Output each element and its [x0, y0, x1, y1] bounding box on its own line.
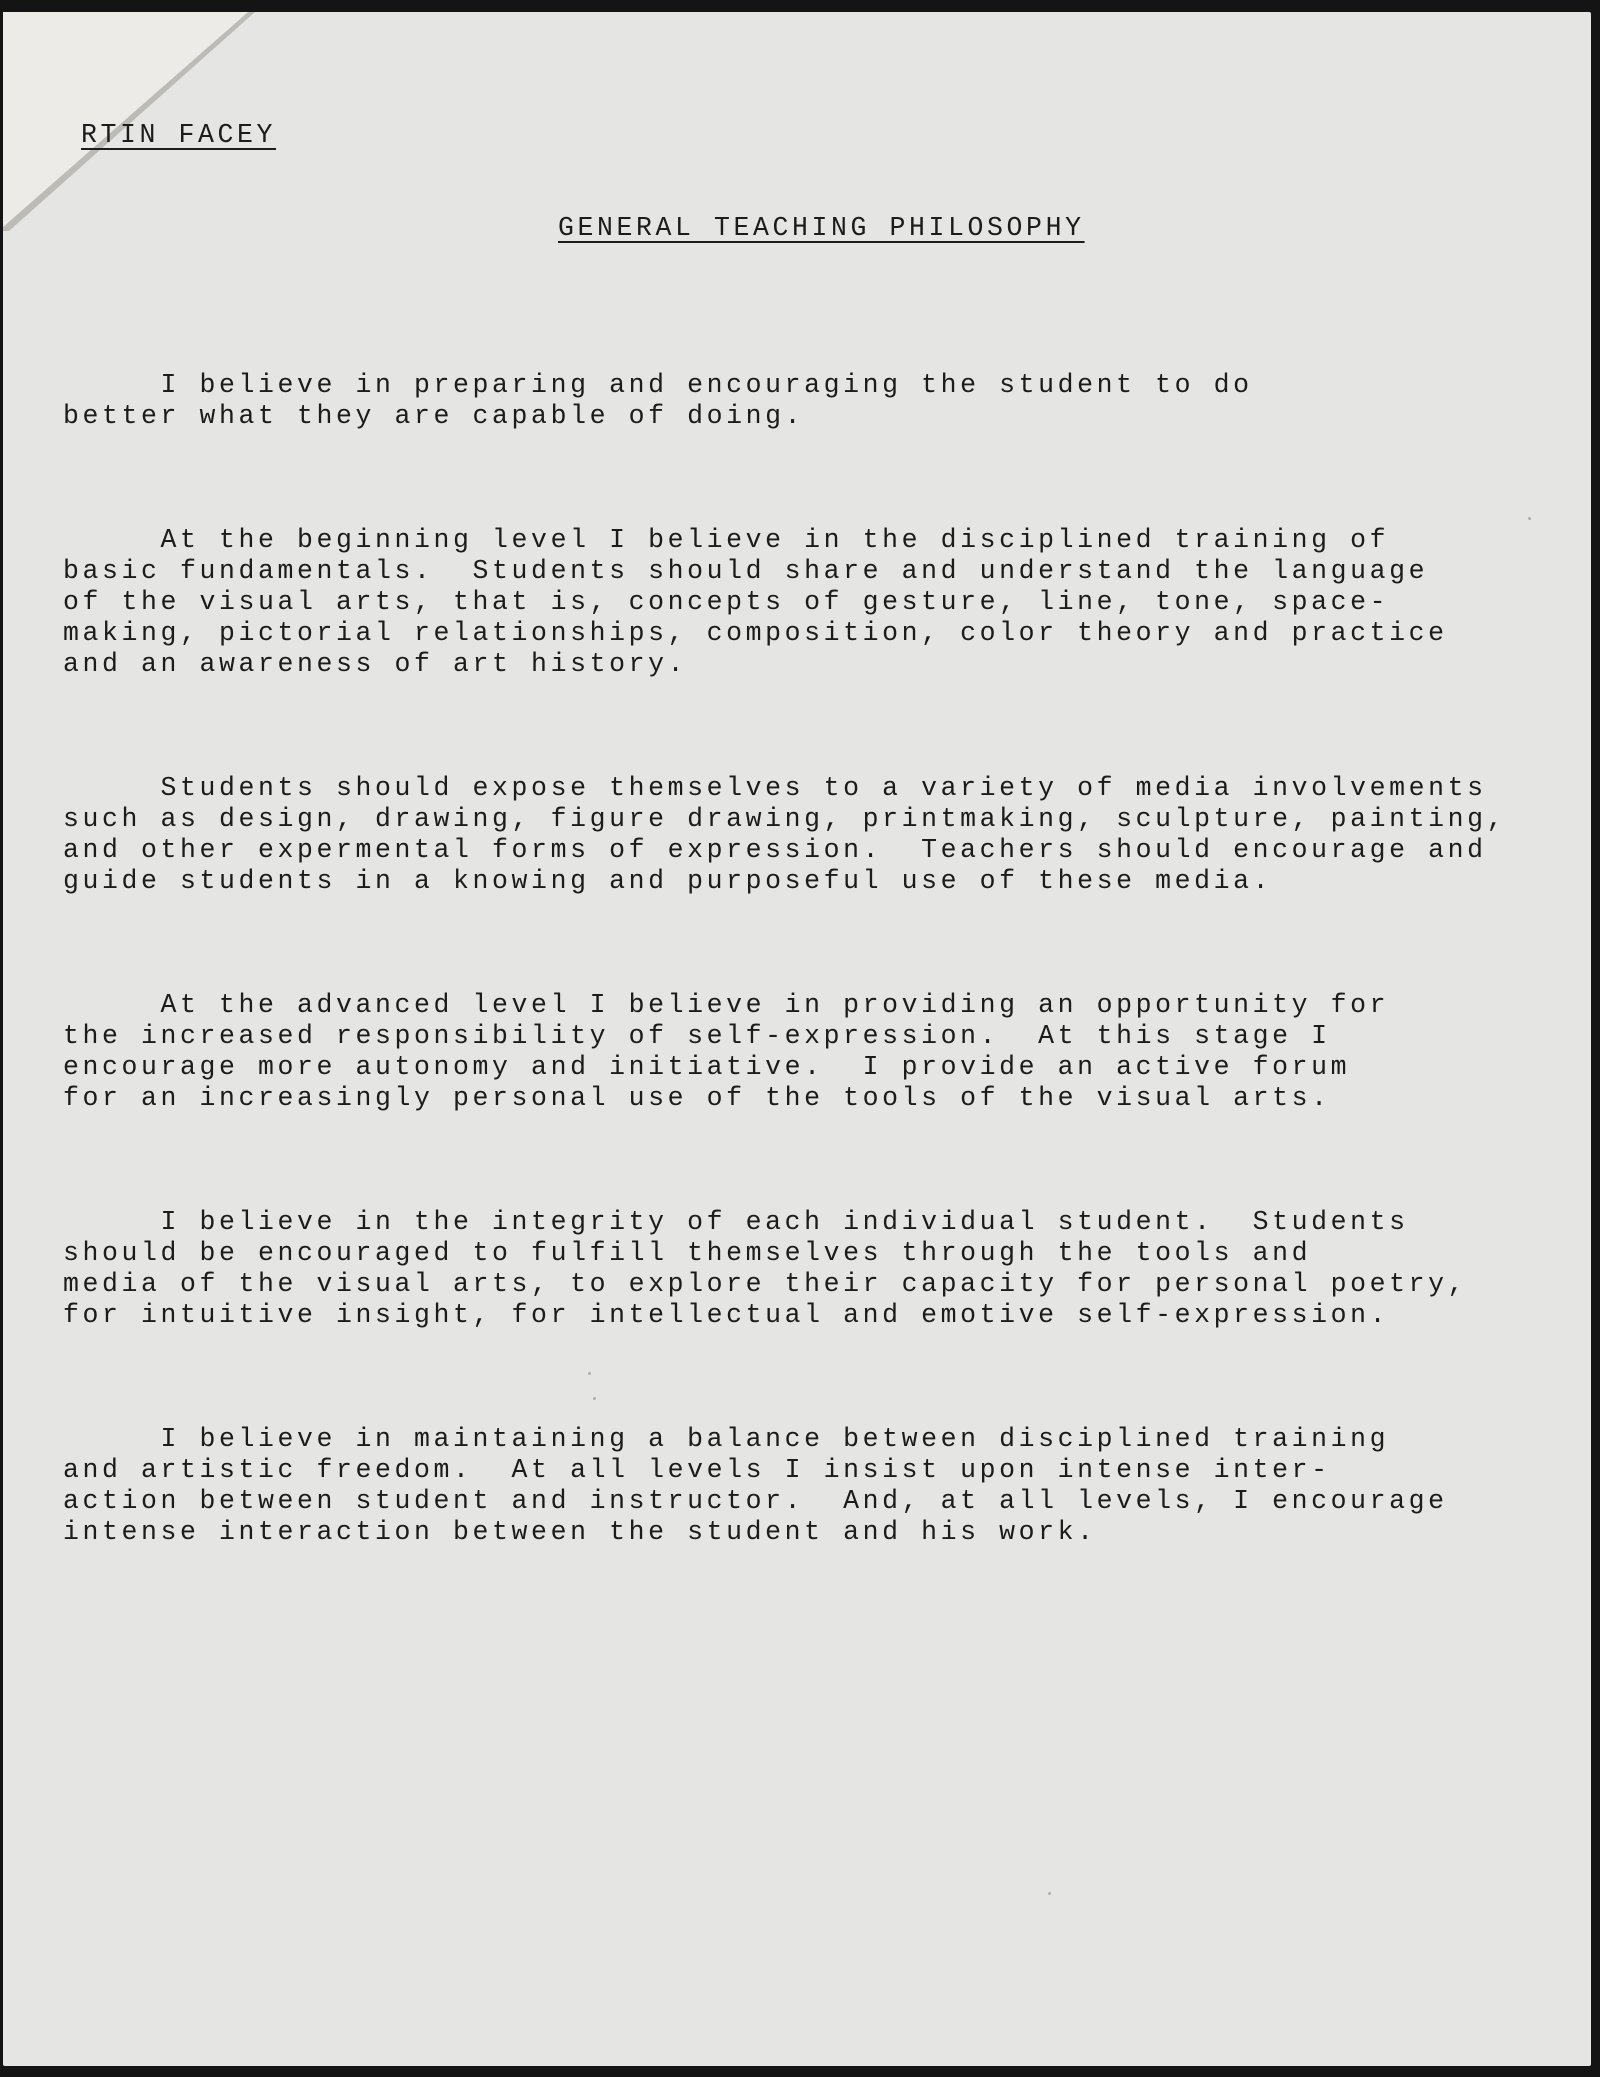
paper-speck — [593, 1397, 596, 1400]
text-line: the increased responsibility of self-exp… — [63, 1021, 1543, 1052]
paragraph: I believe in the integrity of each indiv… — [63, 1145, 1543, 1331]
paragraph: At the beginning level I believe in the … — [63, 463, 1543, 680]
document-page: RTIN FACEY GENERAL TEACHING PHILOSOPHY I… — [3, 12, 1591, 2066]
text-line: guide students in a knowing and purposef… — [63, 866, 1543, 897]
text-line: and other expermental forms of expressio… — [63, 835, 1543, 866]
paper-speck — [1528, 517, 1531, 520]
text-line: better what they are capable of doing. — [63, 401, 1543, 432]
text-line: should be encouraged to fulfill themselv… — [63, 1238, 1543, 1269]
text-line: At the advanced level I believe in provi… — [63, 990, 1543, 1021]
text-line: making, pictorial relationships, composi… — [63, 618, 1543, 649]
document-title: GENERAL TEACHING PHILOSOPHY — [558, 213, 1085, 243]
text-line: At the beginning level I believe in the … — [63, 525, 1543, 556]
text-line: and an awareness of art history. — [63, 649, 1543, 680]
paragraph: At the advanced level I believe in provi… — [63, 928, 1543, 1114]
author-name: RTIN FACEY — [81, 120, 276, 150]
document-body: I believe in preparing and encouraging t… — [63, 308, 1543, 1579]
text-line: intense interaction between the student … — [63, 1517, 1543, 1548]
paper-speck — [588, 1372, 591, 1375]
text-line: I believe in preparing and encouraging t… — [63, 370, 1543, 401]
text-line: action between student and instructor. A… — [63, 1486, 1543, 1517]
text-line: media of the visual arts, to explore the… — [63, 1269, 1543, 1300]
text-line: of the visual arts, that is, concepts of… — [63, 587, 1543, 618]
text-line: basic fundamentals. Students should shar… — [63, 556, 1543, 587]
text-line: Students should expose themselves to a v… — [63, 773, 1543, 804]
paragraph: I believe in preparing and encouraging t… — [63, 308, 1543, 432]
text-line: such as design, drawing, figure drawing,… — [63, 804, 1543, 835]
paragraph: Students should expose themselves to a v… — [63, 711, 1543, 897]
text-line: for intuitive insight, for intellectual … — [63, 1300, 1543, 1331]
text-line: I believe in the integrity of each indiv… — [63, 1207, 1543, 1238]
text-line: for an increasingly personal use of the … — [63, 1083, 1543, 1114]
text-line: I believe in maintaining a balance betwe… — [63, 1424, 1543, 1455]
text-line: and artistic freedom. At all levels I in… — [63, 1455, 1543, 1486]
paper-speck — [1048, 1892, 1051, 1895]
paragraph: I believe in maintaining a balance betwe… — [63, 1362, 1543, 1548]
text-line: encourage more autonomy and initiative. … — [63, 1052, 1543, 1083]
